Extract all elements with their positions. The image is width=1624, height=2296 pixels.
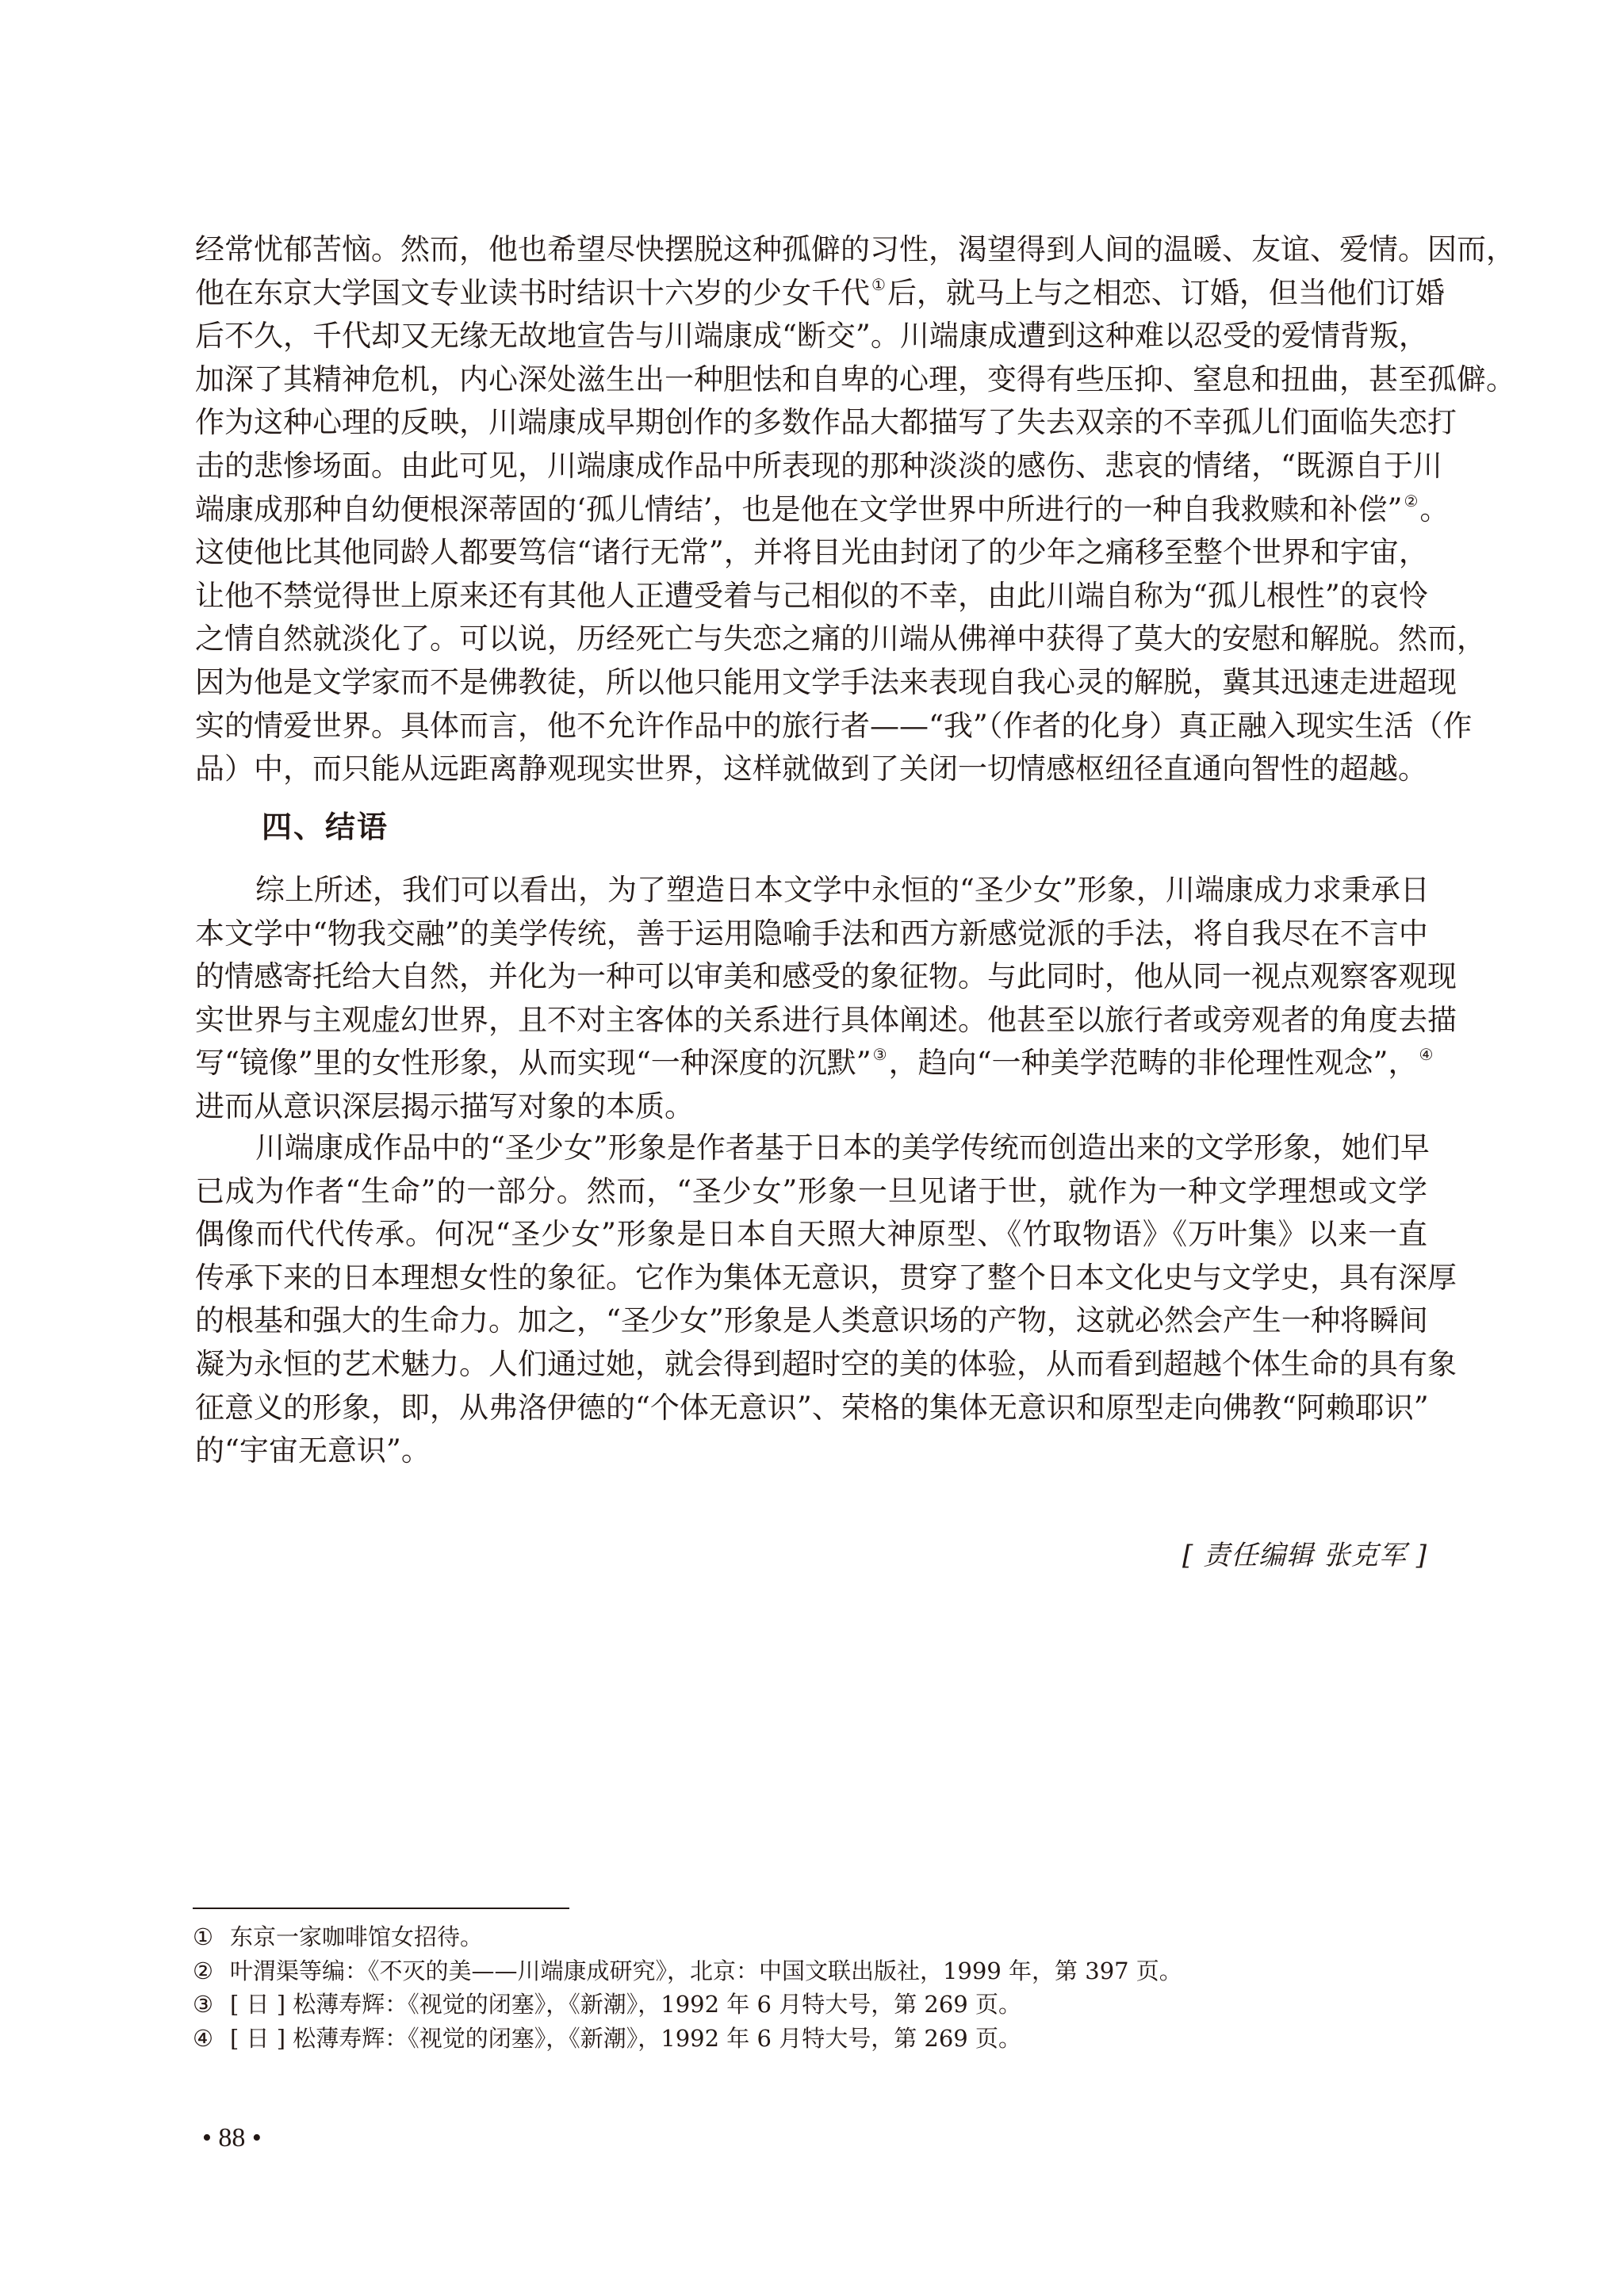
page-number: • 88 • [202, 2121, 262, 2156]
text-line: 他在东京大学国文专业读书时结识十六岁的少女千代①后，就马上与之相恋、订婚，但当他… [195, 272, 1427, 316]
text-line: 凝为永恒的艺术魅力。人们通过她，就会得到超时空的美的体验，从而看到超越个体生命的… [195, 1343, 1427, 1387]
text-line: 端康成那种自幼便根深蒂固的‘孤儿情结’，也是他在文学世界中所进行的一种自我救赎和… [195, 488, 1427, 532]
text-line: 川端康成作品中的“圣少女”形象是作者基于日本的美学传统而创造出来的文学形象，她们… [195, 1127, 1427, 1170]
footnote-1: ① 东京一家咖啡馆女招待。 [193, 1920, 1430, 1954]
document-page: 经常忧郁苦恼。然而，他也希望尽快摆脱这种孤僻的习性，渴望得到人间的温暖、友谊、爱… [0, 0, 1624, 2296]
text-line: 因为他是文学家而不是佛教徒，所以他只能用文学手法来表现自我心灵的解脱，冀其迅速走… [195, 661, 1427, 705]
footnote-ref-2[interactable]: ② [1404, 492, 1418, 511]
text-line: 之情自然就淡化了。可以说，历经死亡与失恋之痛的川端从佛禅中获得了莫大的安慰和解脱… [195, 618, 1427, 661]
footnote-marker: ③ [193, 1988, 230, 2022]
text-line: 经常忧郁苦恼。然而，他也希望尽快摆脱这种孤僻的习性，渴望得到人间的温暖、友谊、爱… [195, 228, 1427, 272]
footnote-text: [ 日 ] 松薄寿辉：《视觉的闭塞》，《新潮》，1992 年 6 月特大号，第 … [230, 1988, 1021, 2022]
footnote-marker: ④ [193, 2022, 230, 2056]
footnote-ref-1[interactable]: ① [871, 275, 886, 294]
text-segment: 端康成那种自幼便根深蒂固的‘孤儿情结’，也是他在文学世界中所进行的一种自我救赎和… [195, 492, 1402, 526]
footnote-text: 叶渭渠等编：《不灭的美——川端康成研究》，北京：中国文联出版社，1999 年，第… [230, 1954, 1182, 1988]
responsible-editor: [ 责任编辑 张克军 ] [1182, 1536, 1427, 1575]
text-line: 作为这种心理的反映，川端康成早期创作的多数作品大都描写了失去双亲的不幸孤儿们面临… [195, 401, 1427, 445]
text-line: 品）中，而只能从远距离静观现实世界，这样就做到了关闭一切情感枢纽径直通向智性的超… [195, 748, 1427, 791]
footnote-text: 东京一家咖啡馆女招待。 [230, 1920, 483, 1954]
text-line: 进而从意识深层揭示描写对象的本质。 [195, 1085, 1427, 1129]
footnotes: ① 东京一家咖啡馆女招待。 ② 叶渭渠等编：《不灭的美——川端康成研究》，北京：… [193, 1920, 1430, 2055]
text-segment: 他在东京大学国文专业读书时结识十六岁的少女千代 [195, 276, 870, 310]
text-line: 传承下来的日本理想女性的象征。它作为集体无意识，贯穿了整个日本文化史与文学史，具… [195, 1257, 1427, 1300]
text-line: 实的情爱世界。具体而言，他不允许作品中的旅行者——“我”（作者的化身）真正融入现… [195, 705, 1427, 748]
text-segment: ，趋向“一种美学范畴的非伦理性观念”， [889, 1046, 1418, 1080]
text-line: 写“镜像”里的女性形象，从而实现“一种深度的沉默”③，趋向“一种美学范畴的非伦理… [195, 1042, 1427, 1085]
text-line: 已成为作者“生命”的一部分。然而，“圣少女”形象一旦见诸于世，就作为一种文学理想… [195, 1170, 1427, 1214]
text-line: 击的悲惨场面。由此可见，川端康成作品中所表现的那种淡淡的感伤、悲哀的情绪，“既源… [195, 445, 1427, 488]
footnote-2: ② 叶渭渠等编：《不灭的美——川端康成研究》，北京：中国文联出版社，1999 年… [193, 1954, 1430, 1988]
paragraph-continued: 经常忧郁苦恼。然而，他也希望尽快摆脱这种孤僻的习性，渴望得到人间的温暖、友谊、爱… [195, 228, 1427, 791]
footnote-marker: ① [193, 1920, 230, 1954]
footnote-text: [ 日 ] 松薄寿辉：《视觉的闭塞》，《新潮》，1992 年 6 月特大号，第 … [230, 2022, 1021, 2056]
text-line: 征意义的形象，即，从弗洛伊德的“个体无意识”、荣格的集体无意识和原型走向佛教“阿… [195, 1387, 1427, 1430]
text-line: 偶像而代代传承。何况“圣少女”形象是日本自天照大神原型、《竹取物语》《万叶集》以… [195, 1213, 1427, 1257]
paragraph-conclusion-1: 综上所述，我们可以看出，为了塑造日本文学中永恒的“圣少女”形象，川端康成力求秉承… [195, 869, 1427, 1129]
footnote-divider [193, 1908, 569, 1909]
section-heading: 四、结语 [262, 807, 389, 847]
text-segment: 后，就马上与之相恋、订婚，但当他们订婚 [887, 276, 1445, 310]
footnote-ref-4[interactable]: ④ [1419, 1045, 1433, 1064]
text-line: 实世界与主观虚幻世界，且不对主客体的关系进行具体阐述。他甚至以旅行者或旁观者的角… [195, 999, 1427, 1043]
footnote-marker: ② [193, 1954, 230, 1988]
text-line: 的情感寄托给大自然，并化为一种可以审美和感受的象征物。与此同时，他从同一视点观察… [195, 955, 1427, 999]
text-line: 后不久，千代却又无缘无故地宣告与川端康成“断交”。川端康成遭到这种难以忍受的爱情… [195, 315, 1427, 358]
footnote-ref-3[interactable]: ③ [873, 1045, 887, 1064]
text-segment: 写“镜像”里的女性形象，从而实现“一种深度的沉默” [195, 1046, 871, 1080]
text-line: 综上所述，我们可以看出，为了塑造日本文学中永恒的“圣少女”形象，川端康成力求秉承… [195, 869, 1427, 913]
text-line: 让他不禁觉得世上原来还有其他人正遭受着与己相似的不幸，由此川端自称为“孤儿根性”… [195, 575, 1427, 618]
text-line: 这使他比其他同龄人都要笃信“诸行无常”，并将目光由封闭了的少年之痛移至整个世界和… [195, 531, 1427, 575]
text-line: 加深了其精神危机，内心深处滋生出一种胆怯和自卑的心理，变得有些压抑、窒息和扭曲，… [195, 358, 1427, 402]
text-segment: 。 [1419, 492, 1449, 526]
text-line: 的“宇宙无意识”。 [195, 1429, 1427, 1473]
footnote-4: ④ [ 日 ] 松薄寿辉：《视觉的闭塞》，《新潮》，1992 年 6 月特大号，… [193, 2022, 1430, 2056]
text-line: 本文学中“物我交融”的美学传统，善于运用隐喻手法和西方新感觉派的手法，将自我尽在… [195, 913, 1427, 956]
footnote-3: ③ [ 日 ] 松薄寿辉：《视觉的闭塞》，《新潮》，1992 年 6 月特大号，… [193, 1988, 1430, 2022]
paragraph-conclusion-2: 川端康成作品中的“圣少女”形象是作者基于日本的美学传统而创造出来的文学形象，她们… [195, 1127, 1427, 1473]
text-line: 的根基和强大的生命力。加之，“圣少女”形象是人类意识场的产物，这就必然会产生一种… [195, 1299, 1427, 1343]
